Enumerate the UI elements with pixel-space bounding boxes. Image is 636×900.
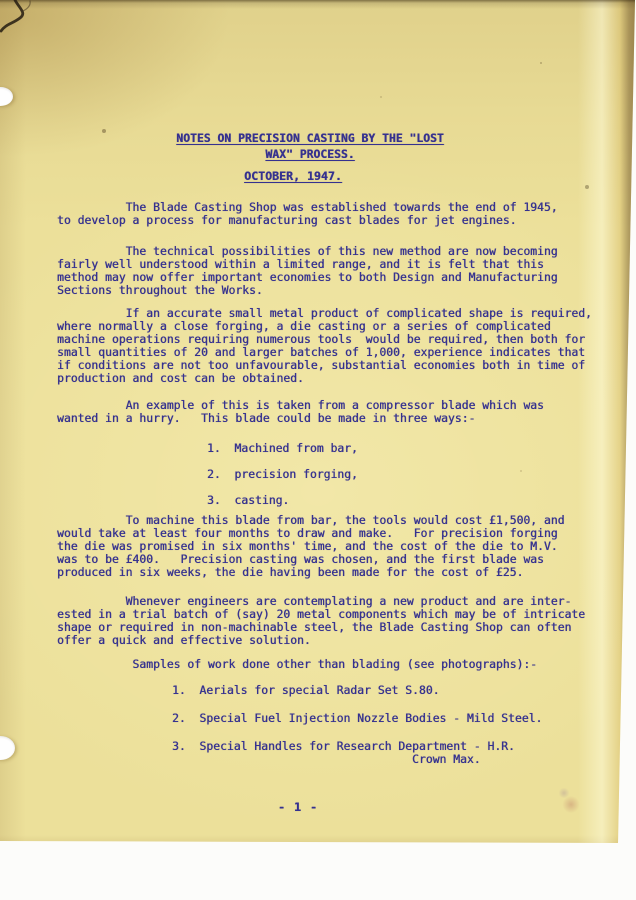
samples-list: 1. Aerials for special Radar Set S.80. 2…	[172, 684, 542, 781]
blade-method-item-2: 2. precision forging,	[207, 468, 358, 481]
blade-method-item-1: 1. Machined from bar,	[207, 442, 358, 455]
blade-methods-list: 1. Machined from bar, 2. precision forgi…	[207, 442, 358, 520]
paper-specks	[0, 0, 2, 2]
hole-punch-bottom	[0, 736, 15, 760]
document-date: OCTOBER, 1947.	[0, 169, 603, 183]
page-number: - 1 -	[0, 800, 608, 814]
title-line-1: NOTES ON PRECISION CASTING BY THE "LOST	[0, 130, 620, 146]
sample-item-2: 2. Special Fuel Injection Nozzle Bodies …	[172, 712, 542, 725]
blade-method-item-3: 3. casting.	[207, 494, 358, 507]
title-line-2: WAX" PROCESS.	[0, 146, 620, 162]
paragraph-technical-possibilities: The technical possibilities of this new …	[57, 245, 558, 297]
paragraph-establishment: The Blade Casting Shop was established t…	[57, 201, 558, 227]
paragraph-machine-costs: To machine this blade from bar, the tool…	[57, 514, 564, 579]
corner-crease-mark	[0, 0, 60, 50]
scanned-document-page: NOTES ON PRECISION CASTING BY THE "LOST …	[0, 0, 636, 848]
paragraph-example-compressor: An example of this is taken from a compr…	[57, 399, 544, 425]
paragraph-samples-intro: Samples of work done other than blading …	[57, 658, 537, 671]
sample-item-3: 3. Special Handles for Research Departme…	[172, 740, 542, 766]
paragraph-accurate-small-metal: If an accurate small metal product of co…	[57, 307, 592, 385]
sample-item-1: 1. Aerials for special Radar Set S.80.	[172, 684, 542, 697]
hole-punch-top	[0, 87, 13, 106]
document-title: NOTES ON PRECISION CASTING BY THE "LOST …	[0, 130, 620, 162]
paragraph-whenever-engineers: Whenever engineers are contemplating a n…	[57, 595, 585, 647]
